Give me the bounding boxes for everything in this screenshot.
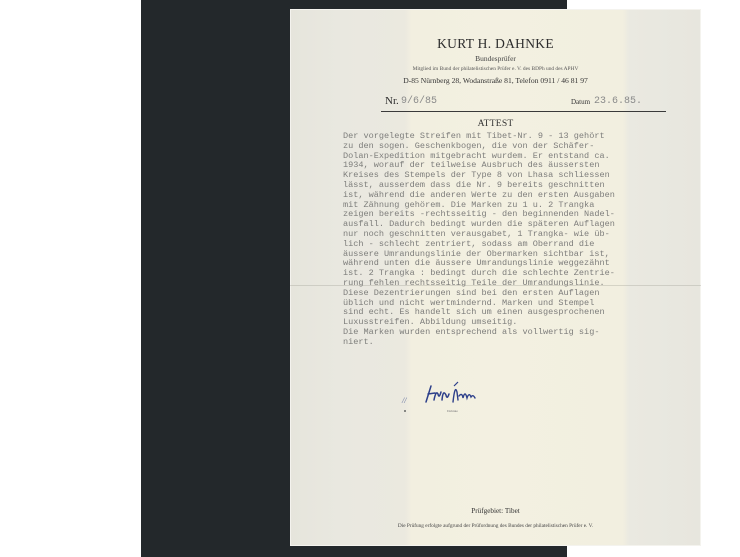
certificate-number: 9/6/85 <box>401 96 437 107</box>
examination-note: Die Prüfung erfolgte aufgrund der Prüfor… <box>290 523 701 529</box>
signature-tick-mark: // <box>402 396 406 405</box>
membership-line: Mitglied im Bund der philatelistischen P… <box>290 66 701 72</box>
attest-heading: ATTEST <box>290 118 701 129</box>
ink-dot <box>404 410 406 412</box>
certificate-date: 23.6.85. <box>594 96 642 107</box>
handwritten-signature <box>423 380 478 406</box>
examiner-title: Bundesprüfer <box>290 54 701 63</box>
dark-mount-background: KURT H. DAHNKE Bundesprüfer Mitglied im … <box>141 0 567 557</box>
signature-caption: Dahnke <box>447 409 458 413</box>
attest-body: Der vorgelegte Streifen mit Tibet-Nr. 9 … <box>343 132 698 348</box>
number-label: Nr. <box>385 95 399 107</box>
attest-certificate: KURT H. DAHNKE Bundesprüfer Mitglied im … <box>290 9 701 546</box>
address-line: D-85 Nürnberg 28, Wodanstraße 81, Telefo… <box>290 76 701 85</box>
date-label: Datum <box>571 98 590 106</box>
header-divider <box>381 111 666 112</box>
examiner-name: KURT H. DAHNKE <box>290 36 701 52</box>
examination-field: Prüfgebiet: Tibet <box>290 507 701 515</box>
